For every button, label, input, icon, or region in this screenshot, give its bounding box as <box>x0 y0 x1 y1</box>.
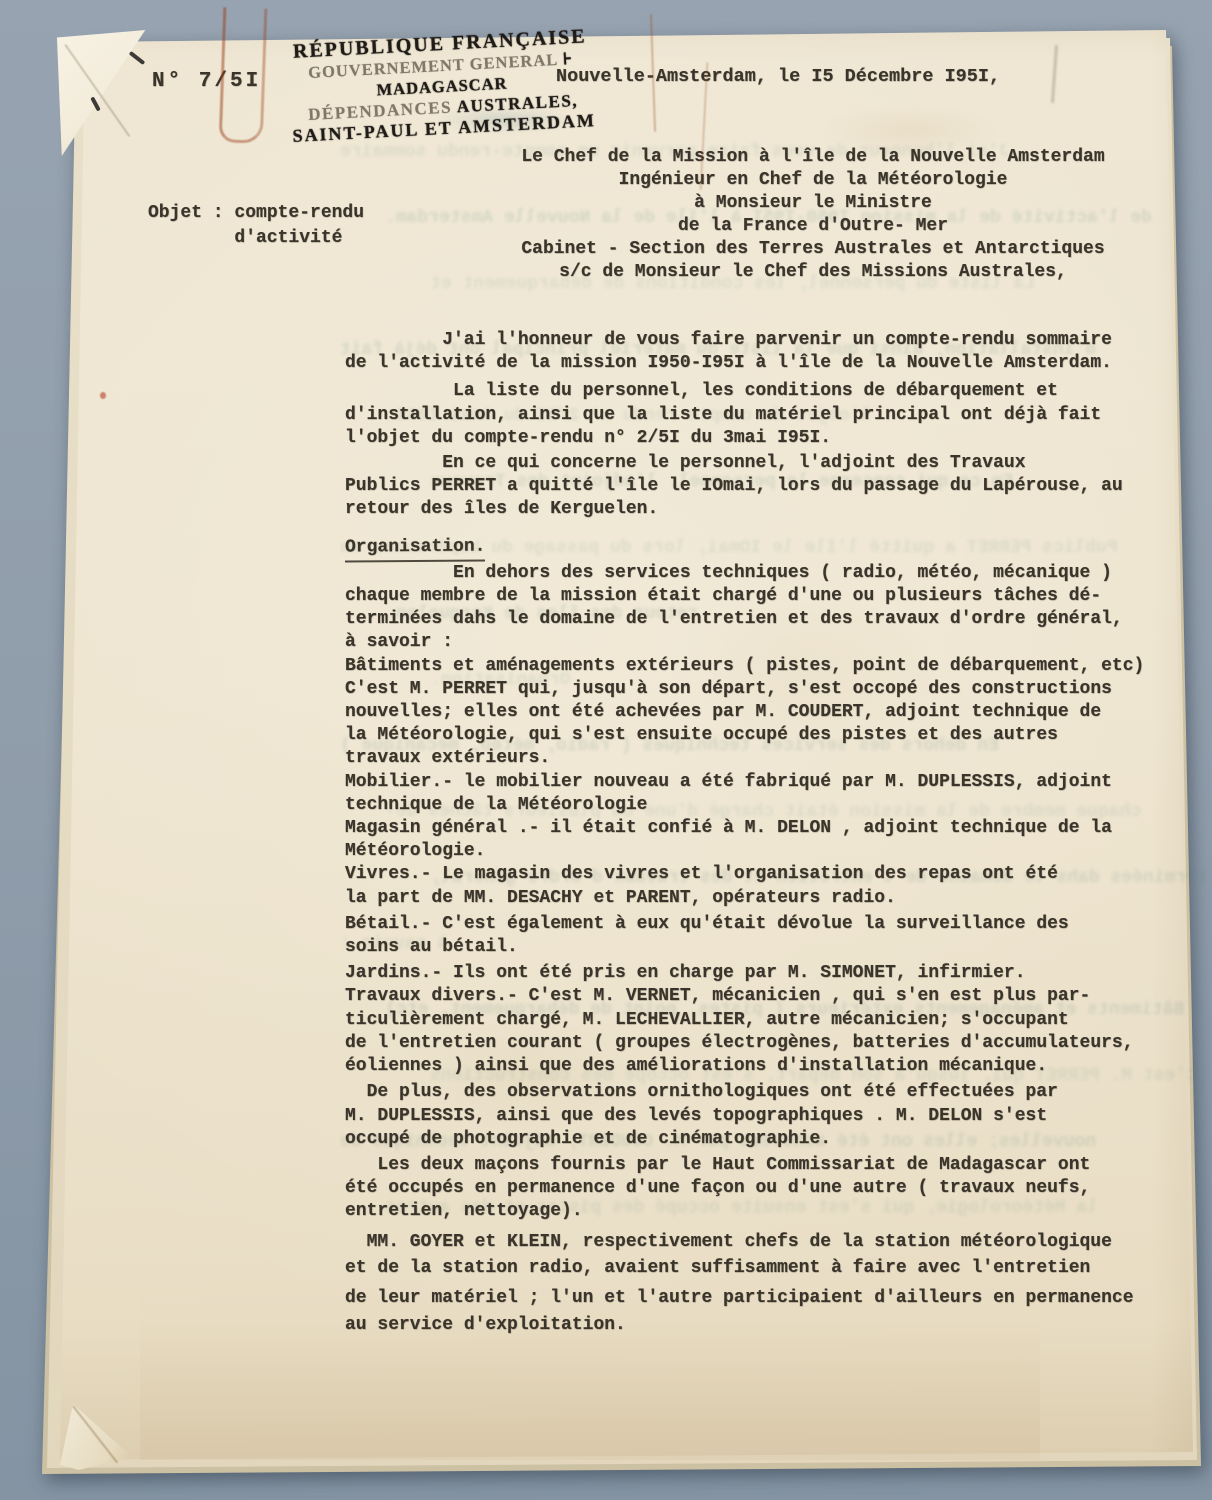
page-content: RÉPUBLIQUE FRANÇAISE GOUVERNEMENT GENERA… <box>0 0 1212 1500</box>
text-line: de l'activité de la mission I950-I95I à … <box>345 352 1175 375</box>
text-line: Vivres.- Le magasin des vivres et l'orga… <box>345 863 1175 886</box>
text-line: retour des îles de Kerguelen. <box>345 498 1175 521</box>
official-rubber-stamp: RÉPUBLIQUE FRANÇAISE GOUVERNEMENT GENERA… <box>256 24 629 148</box>
addressee-line: s/c de Monsieur le Chef des Missions Aus… <box>468 261 1158 284</box>
addressee-line: de la France d'Outre- Mer <box>468 215 1158 238</box>
text-line: Travaux divers.- C'est M. VERNET, mécani… <box>345 985 1175 1008</box>
text-line: et de la station radio, avaient suffisam… <box>345 1257 1175 1280</box>
text-line: d'installation, ainsi que la liste du ma… <box>345 404 1175 427</box>
scanned-document-scene: J'ai l'honneur de vous faire parvenir un… <box>0 0 1212 1500</box>
text-line: travaux extérieurs. <box>345 747 1175 770</box>
text-line: C'est M. PERRET qui, jusqu'à son départ,… <box>345 678 1175 701</box>
text-line: Publics PERRET a quitté l'île le IOmai, … <box>345 475 1175 498</box>
addressee-line: Cabinet - Section des Terres Australes e… <box>468 238 1158 261</box>
text-line: Mobilier.- le mobilier nouveau a été fab… <box>345 771 1175 794</box>
text-line: J'ai l'honneur de vous faire parvenir un… <box>345 329 1175 352</box>
text-line: En ce qui concerne le personnel, l'adjoi… <box>345 452 1175 475</box>
text-line: au service d'exploitation. <box>345 1314 1175 1337</box>
addressee-block: Le Chef de la Mission à l'île de la Nouv… <box>468 146 1158 284</box>
text-line: chaque membre de la mission était chargé… <box>345 585 1175 608</box>
text-line: Les deux maçons fournis par le Haut Comm… <box>345 1154 1175 1177</box>
paperclip-rust-mark <box>219 7 268 143</box>
text-line: Bétail.- C'est également à eux qu'était … <box>345 913 1175 936</box>
text-line: En dehors des services techniques ( radi… <box>345 562 1175 585</box>
addressee-line: Ingénieur en Chef de la Météorologie <box>468 169 1158 192</box>
addressee-line: à Monsieur le Ministre <box>468 192 1158 215</box>
text-line: été occupés en permanence d'une façon ou… <box>345 1177 1175 1200</box>
text-line: éoliennes ) ainsi que des améliorations … <box>345 1055 1175 1078</box>
text-line: M. DUPLESSIS, ainsi que des levés topogr… <box>345 1105 1175 1128</box>
text-line: Jardins.- Ils ont été pris en charge par… <box>345 962 1175 985</box>
text-line: Météorologie. <box>345 840 1175 863</box>
section-heading-underline: Organisation. <box>345 535 485 562</box>
subject-line: Objet : compte-rendu <box>148 201 364 226</box>
text-line: à savoir : <box>345 631 1175 654</box>
letter-body: J'ai l'honneur de vous faire parvenir un… <box>345 329 1175 1337</box>
text-line: entretien, nettoyage). <box>345 1200 1175 1223</box>
text-line: La liste du personnel, les conditions de… <box>345 380 1175 403</box>
text-line: nouvelles; elles ont été achevées par M.… <box>345 701 1175 724</box>
text-line: technique de la Météorologie <box>345 794 1175 817</box>
subject-line: d'activité <box>148 226 364 251</box>
text-line: MM. GOYER et KLEIN, respectivement chefs… <box>345 1231 1175 1254</box>
text-line: de l'entretien courant ( groupes électro… <box>345 1032 1175 1055</box>
text-line: terminées dahs le domaine de l'entretien… <box>345 608 1175 631</box>
text-line: la Météorologie, qui s'est ensuite occup… <box>345 724 1175 747</box>
text-line: soins au bétail. <box>345 936 1175 959</box>
addressee-line: Le Chef de la Mission à l'île de la Nouv… <box>468 146 1158 169</box>
text-line: occupé de photographie et de cinématogra… <box>345 1128 1175 1151</box>
text-line: De plus, des observations ornithologique… <box>345 1081 1175 1104</box>
red-ink-speck <box>100 392 106 399</box>
text-line: Magasin général .- il était confié à M. … <box>345 817 1175 840</box>
subject-block: Objet : compte-rendud'activité <box>148 201 364 251</box>
text-line: la part de MM. DESACHY et PARENT, opérat… <box>345 887 1175 910</box>
text-line: l'objet du compte-rendu n° 2/5I du 3mai … <box>345 427 1175 450</box>
text-line: Bâtiments et aménagements extérieurs ( p… <box>345 655 1175 678</box>
text-line: ticulièrement chargé, M. LECHEVALLIER, a… <box>345 1009 1175 1032</box>
text-line: de leur matériel ; l'un et l'autre parti… <box>345 1287 1175 1310</box>
section-heading: Organisation. <box>345 536 1175 562</box>
